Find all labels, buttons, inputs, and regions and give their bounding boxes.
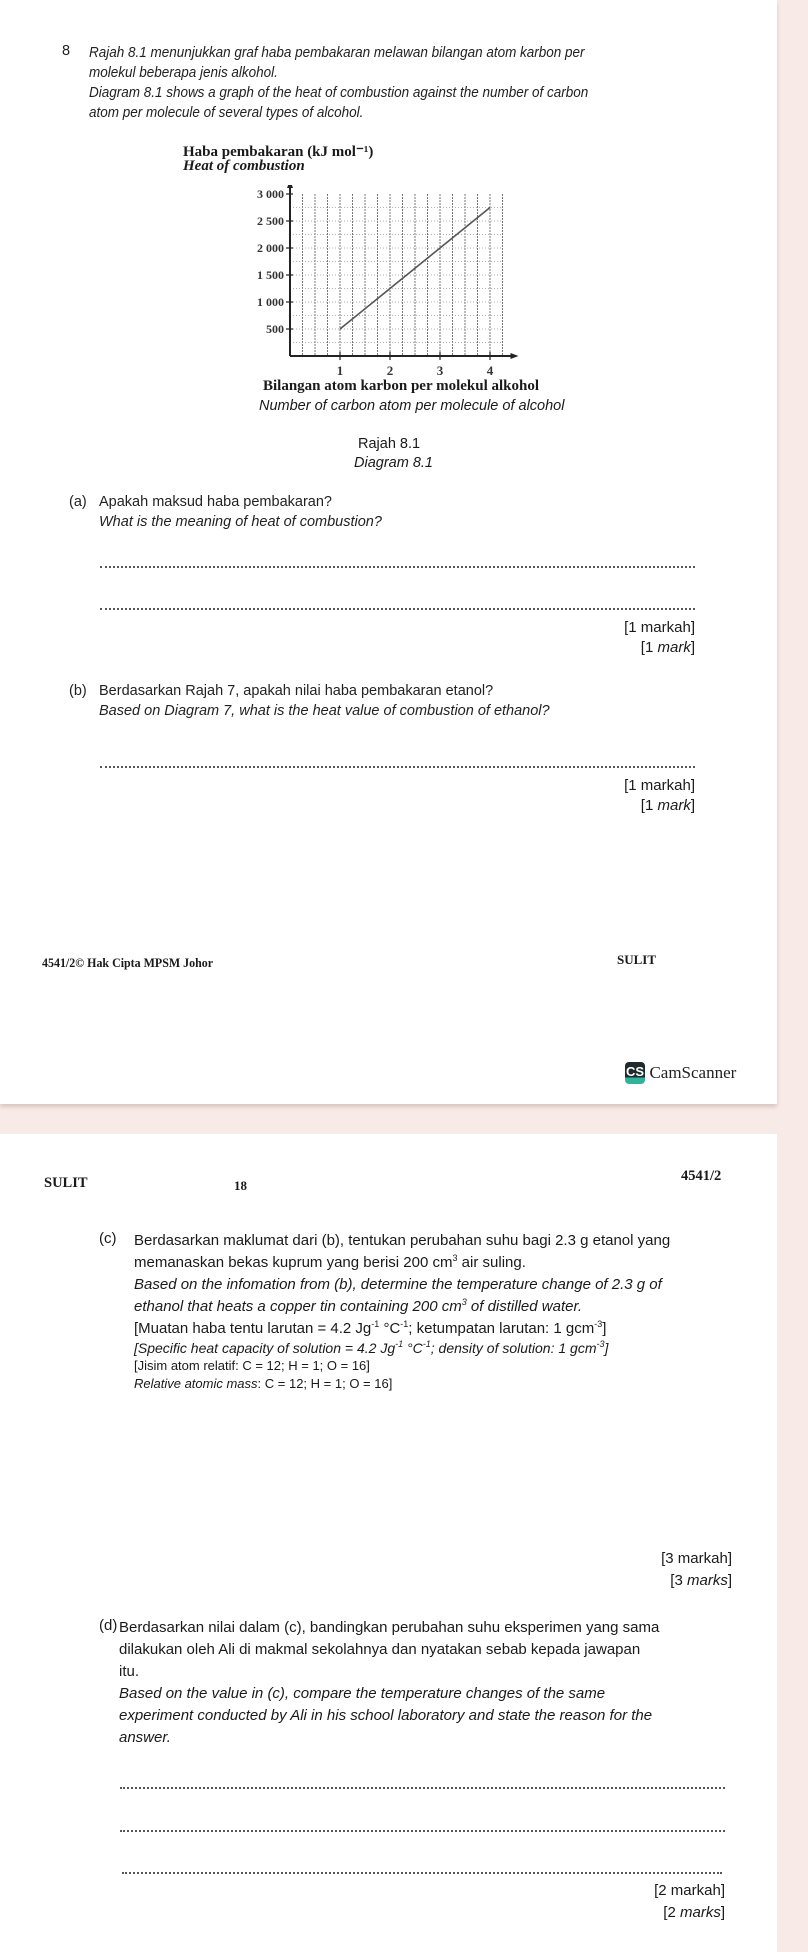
answer-line[interactable] [100, 566, 695, 568]
diagram-caption-en: Diagram 8.1 [354, 455, 433, 471]
part-c-ms-data: [Muatan haba tentu larutan = 4.2 Jg-1 °C… [134, 1318, 670, 1340]
part-a-en: What is the meaning of heat of combustio… [99, 514, 382, 530]
question-number: 8 [62, 43, 70, 59]
marks-en: [3 marks] [670, 1572, 732, 1589]
part-d-en-line: Based on the value in (c), compare the t… [119, 1683, 659, 1705]
part-d-en-line: experiment conducted by Ali in his schoo… [119, 1705, 659, 1727]
question-ms-line: Rajah 8.1 menunjukkan graf haba pembakar… [89, 43, 588, 63]
answer-line[interactable] [120, 1830, 725, 1832]
part-d-text: Berdasarkan nilai dalam (c), bandingkan … [119, 1617, 659, 1749]
exam-page-2: SULIT 18 4541/2 (c) Berdasarkan maklumat… [0, 1134, 777, 1952]
part-c-label: (c) [99, 1230, 117, 1247]
camscanner-logo-icon: CS [625, 1062, 645, 1084]
part-a-ms: Apakah maksud haba pembakaran? [99, 494, 332, 510]
answer-line[interactable] [100, 608, 695, 610]
chart-xlabel-en: Number of carbon atom per molecule of al… [259, 398, 564, 414]
marks-en: [2 marks] [663, 1904, 725, 1921]
part-b-label: (b) [69, 683, 87, 699]
question-en-line: Diagram 8.1 shows a graph of the heat of… [89, 83, 588, 103]
part-d-en-line: answer. [119, 1727, 659, 1749]
question-stem: Rajah 8.1 menunjukkan graf haba pembakar… [89, 43, 588, 123]
question-en-line: atom per molecule of several types of al… [89, 103, 588, 123]
marks-en: [1 mark] [641, 797, 695, 814]
diagram-caption-ms: Rajah 8.1 [358, 436, 420, 452]
part-c-en-line: Based on the infomation from (b), determ… [134, 1274, 670, 1296]
marks-ms: [1 markah] [624, 777, 695, 794]
part-c-ms-mass: [Jisim atom relatif: C = 12; H = 1; O = … [134, 1357, 608, 1375]
heat-of-combustion-chart: 5001 0001 5002 0002 5003 0001234 [200, 185, 530, 380]
svg-text:3 000: 3 000 [257, 187, 284, 201]
paper-code: 4541/2 [681, 1168, 721, 1185]
answer-line[interactable] [100, 766, 695, 768]
marks-ms: [1 markah] [624, 619, 695, 636]
part-d-ms-line: dilakukan oleh Ali di makmal sekolahnya … [119, 1639, 659, 1661]
part-c-marks: [3 markah] [3 marks] [620, 1550, 732, 1596]
part-b-en: Based on Diagram 7, what is the heat val… [99, 703, 550, 719]
part-c-ms-line: memanaskan bekas kuprum yang berisi 200 … [134, 1252, 670, 1274]
svg-text:1 000: 1 000 [257, 295, 284, 309]
svg-text:2: 2 [387, 363, 394, 378]
part-c-en-line: ethanol that heats a copper tin containi… [134, 1296, 670, 1318]
footer-copyright: 4541/2© Hak Cipta MPSM Johor [42, 955, 213, 971]
svg-text:2 500: 2 500 [257, 214, 284, 228]
svg-text:1 500: 1 500 [257, 268, 284, 282]
page-number: 18 [234, 1178, 247, 1194]
footer-classification: SULIT [617, 952, 656, 968]
chart-subtitle: Heat of combustion [183, 158, 305, 175]
answer-line[interactable] [120, 1787, 725, 1789]
part-b-marks: [1 markah] [1 mark] [590, 777, 695, 821]
part-c-ms-line: Berdasarkan maklumat dari (b), tentukan … [134, 1230, 670, 1252]
part-d-ms-line: Berdasarkan nilai dalam (c), bandingkan … [119, 1617, 659, 1639]
svg-text:4: 4 [487, 363, 494, 378]
part-a-label: (a) [69, 494, 87, 510]
part-b-ms: Berdasarkan Rajah 7, apakah nilai haba p… [99, 683, 493, 699]
part-c-text: Berdasarkan maklumat dari (b), tentukan … [134, 1230, 670, 1340]
part-a-marks: [1 markah] [1 mark] [590, 619, 695, 663]
svg-text:1: 1 [337, 363, 344, 378]
marks-en: [1 mark] [641, 639, 695, 656]
part-c-data: [Specific heat capacity of solution = 4.… [134, 1339, 608, 1393]
header-classification: SULIT [44, 1175, 88, 1192]
part-d-label: (d) [99, 1617, 117, 1634]
answer-line[interactable] [122, 1872, 722, 1874]
part-d-marks: [2 markah] [2 marks] [610, 1882, 725, 1928]
chart-xlabel: Bilangan atom karbon per molekul alkohol [263, 378, 539, 395]
svg-text:2 000: 2 000 [257, 241, 284, 255]
marks-ms: [3 markah] [661, 1550, 732, 1567]
part-c-en-data: [Specific heat capacity of solution = 4.… [134, 1339, 608, 1357]
marks-ms: [2 markah] [654, 1882, 725, 1899]
camscanner-name: CamScanner [649, 1063, 736, 1082]
svg-text:3: 3 [437, 363, 444, 378]
svg-text:500: 500 [266, 322, 284, 336]
part-c-en-mass: Relative atomic mass: C = 12; H = 1; O =… [134, 1375, 608, 1393]
exam-page-1: 8 Rajah 8.1 menunjukkan graf haba pembak… [0, 0, 777, 1104]
camscanner-watermark: CS CamScanner [625, 1062, 736, 1084]
question-ms-line: molekul beberapa jenis alkohol. [89, 63, 588, 83]
part-d-ms-line: itu. [119, 1661, 659, 1683]
